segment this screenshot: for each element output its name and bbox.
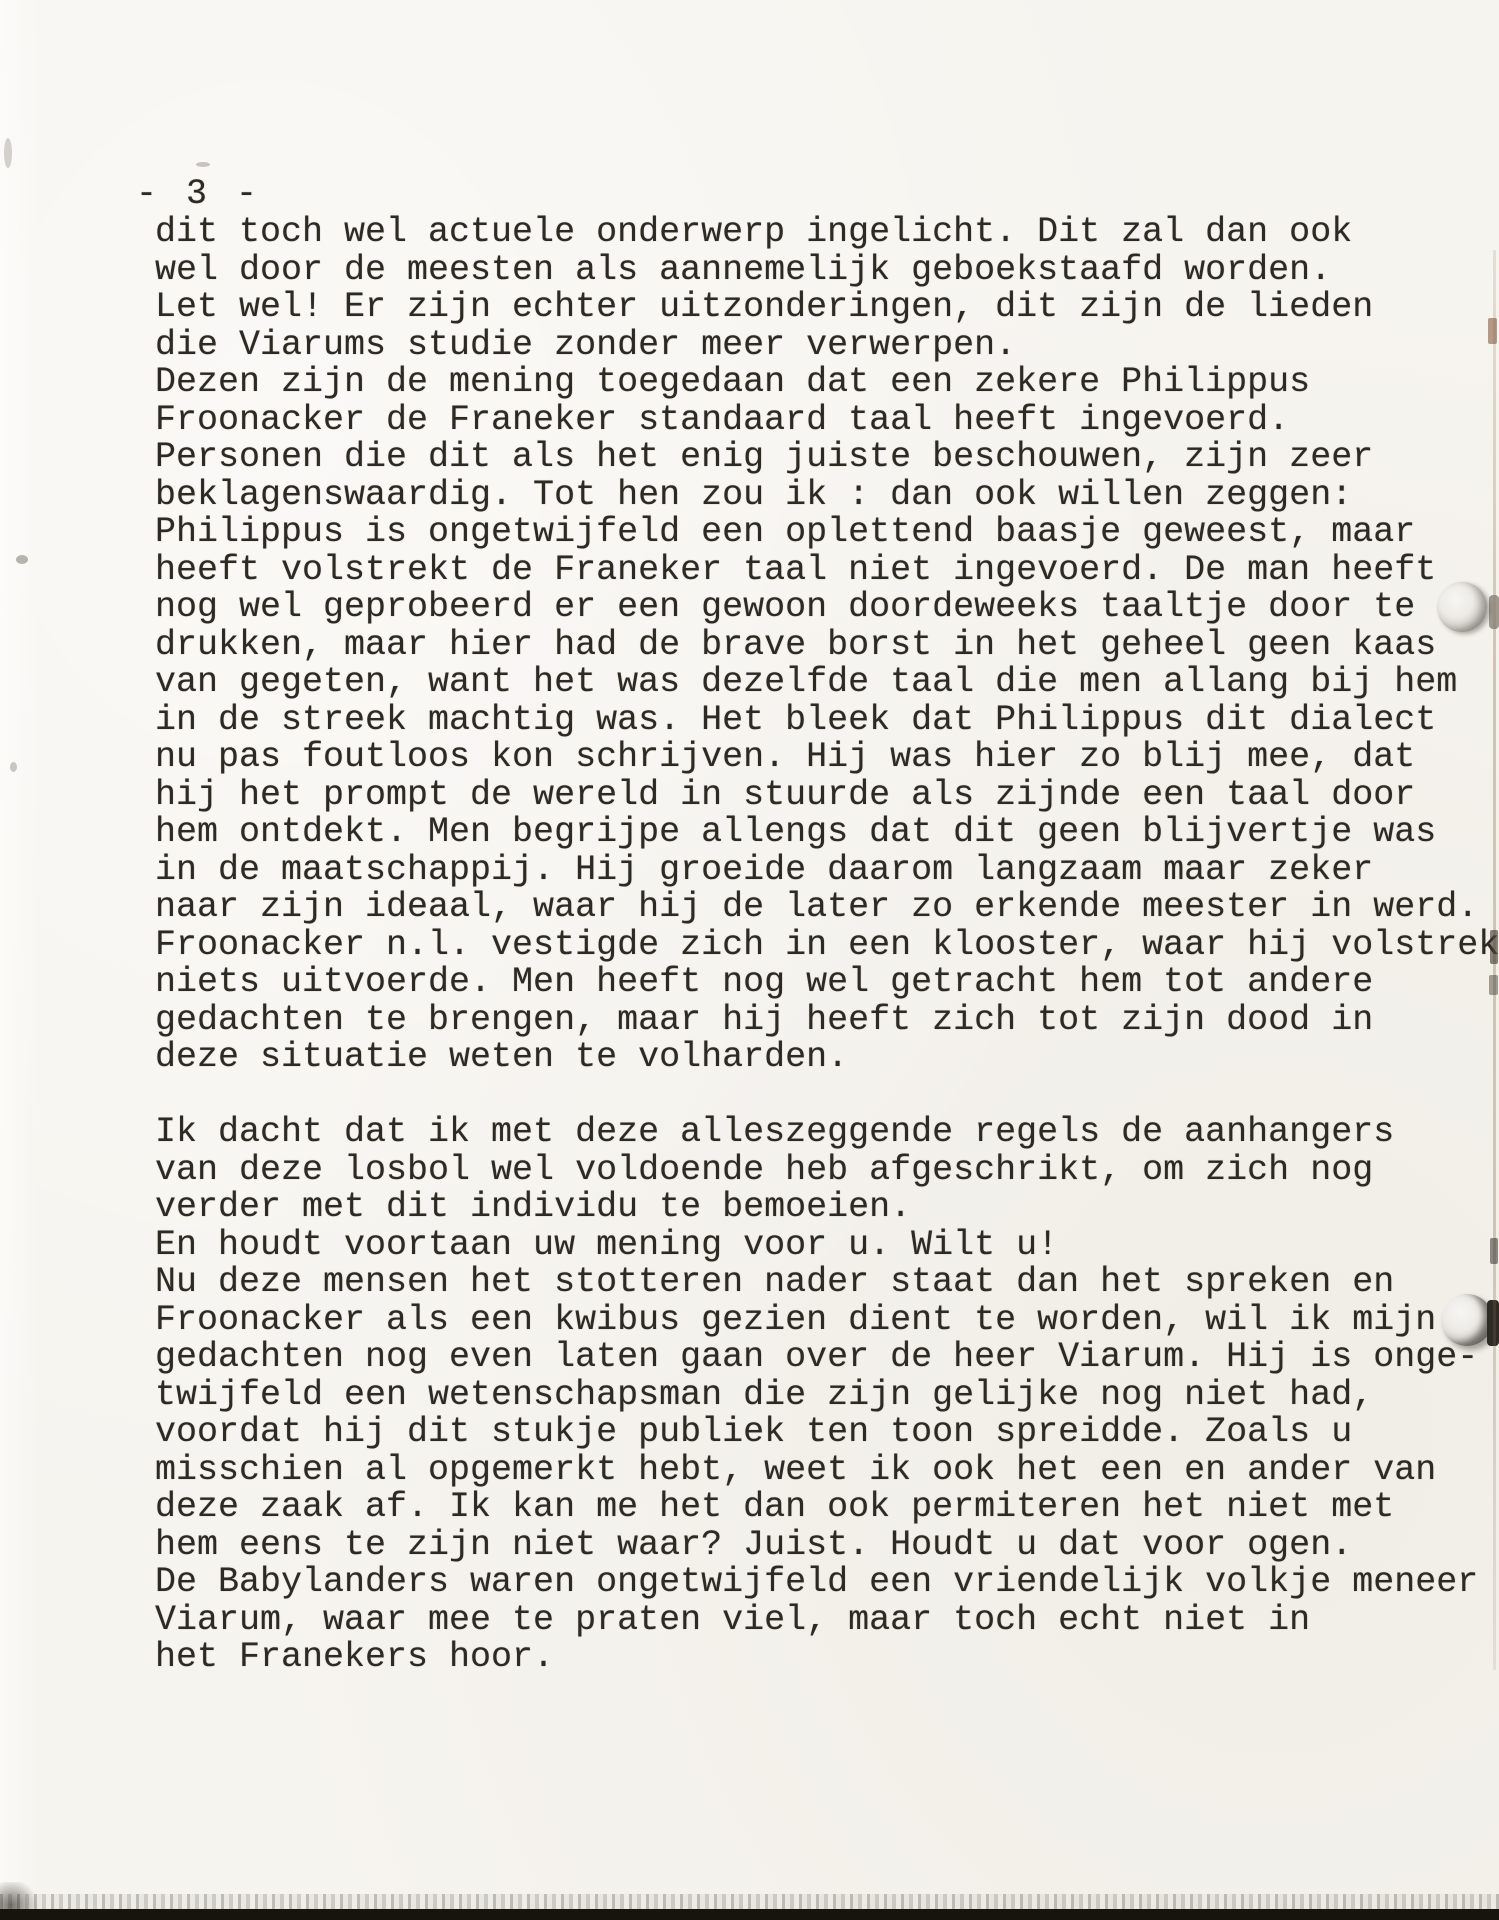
page-edge-mark: [1490, 1238, 1498, 1264]
text-block: dit toch wel actuele onderwerp ingelicht…: [155, 214, 1499, 1677]
binder-fastener-top-icon: [1437, 582, 1487, 632]
page-edge-mark: [1490, 930, 1498, 964]
binder-fastener-bottom-icon: [1441, 1294, 1493, 1346]
scan-speck: [16, 555, 28, 564]
page-edge-mark: [1488, 318, 1497, 344]
scan-bottom-edge: [0, 1909, 1499, 1920]
scan-speck: [10, 762, 17, 772]
page-number: - 3 -: [136, 176, 261, 213]
page-edge-mark: [1489, 975, 1498, 995]
scanned-typewritten-page: { "document": { "page_number": "- 3 -", …: [0, 0, 1499, 1920]
scan-speck: [4, 138, 12, 168]
scan-speck: [196, 162, 210, 167]
paragraph-1: dit toch wel actuele onderwerp ingelicht…: [155, 214, 1499, 1077]
paragraph-2: Ik dacht dat ik met deze alleszeggende r…: [155, 1114, 1499, 1677]
